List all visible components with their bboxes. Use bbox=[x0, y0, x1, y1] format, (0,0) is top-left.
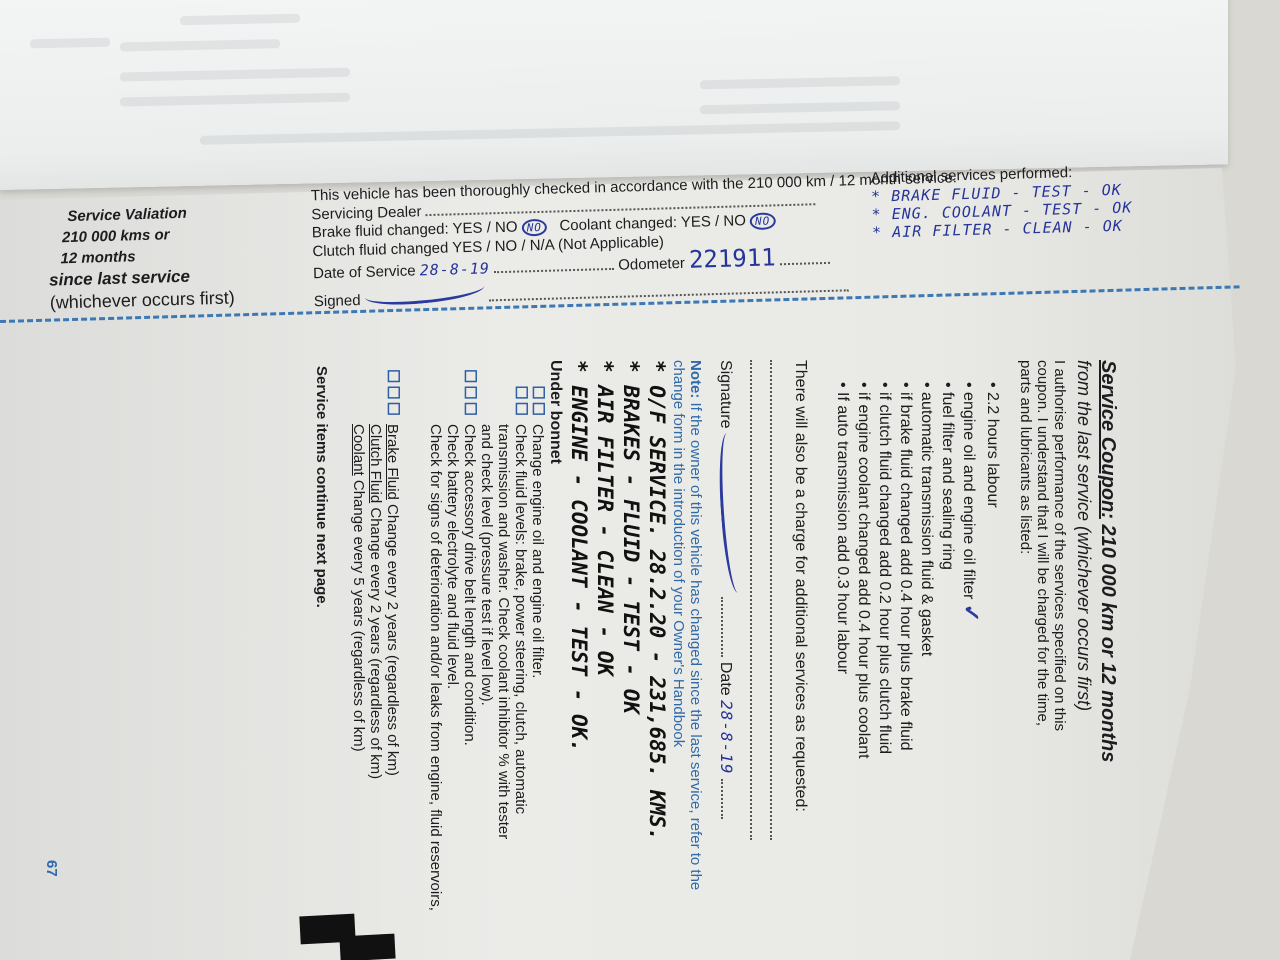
checkbox-icon[interactable]: ☐☐ bbox=[478, 360, 529, 424]
print-mark bbox=[339, 934, 395, 960]
coupon-item: automatic transmission fluid & gasket bbox=[916, 382, 937, 920]
fluid-item[interactable]: ☐☐☐ Brake Fluid Change every 2 years (re… bbox=[384, 360, 401, 920]
date-of-service-value[interactable]: 28-8-19 bbox=[419, 259, 490, 279]
fluid-item: Clutch Fluid Change every 2 years (regar… bbox=[367, 360, 384, 920]
checklist-item[interactable]: ☐☐ Check fluid levels: brake, power stee… bbox=[478, 360, 529, 920]
coupon-item: if brake fluid changed add 0.4 hour plus… bbox=[895, 382, 916, 920]
checkbox-icon[interactable]: ☐☐☐ bbox=[461, 360, 478, 424]
coolant-selected: NO bbox=[750, 212, 776, 230]
checklist-item: Check for signs of deterioration and/or … bbox=[427, 360, 444, 920]
handwritten-note: * O/F SERVICE. 28.2.20 - 231,685. KMS. bbox=[644, 360, 670, 920]
checkmark-icon: ✓ bbox=[959, 604, 984, 622]
brake-fluid-selected: NO bbox=[521, 219, 547, 237]
handwritten-note: * ENGINE - COOLANT - TEST - OK. bbox=[566, 360, 592, 920]
page-number: 67 bbox=[43, 860, 60, 877]
checkbox-icon[interactable]: ☐☐☐ bbox=[384, 360, 401, 424]
validation-heading: Service Valiation 210 000 kms or 12 mont… bbox=[47, 200, 300, 315]
validation-form: This vehicle has been thoroughly checked… bbox=[311, 172, 874, 312]
coupon-item: if engine coolant changed add 0.4 hour p… bbox=[853, 382, 874, 920]
coupon-date-value[interactable]: 28-8-19 bbox=[717, 700, 736, 774]
handwritten-note: * AIR FILTER - CLEAN - OK bbox=[592, 360, 618, 920]
additional-services-line[interactable] bbox=[750, 360, 770, 840]
coupon-items-list: 2.2 hours labour engine oil and engine o… bbox=[832, 382, 1003, 920]
checklist-item[interactable]: ☐☐☐ Check accessory drive belt length an… bbox=[461, 360, 478, 920]
checklist-item: Check battery electrolyte and fluid leve… bbox=[444, 360, 461, 920]
checklist-item[interactable]: ☐☐ Change engine oil and engine oil filt… bbox=[529, 360, 546, 920]
ghost-text bbox=[700, 76, 900, 89]
coupon-item: 2.2 hours labour bbox=[982, 382, 1003, 920]
additional-services-line[interactable] bbox=[770, 360, 790, 840]
odometer-value[interactable]: 221911 bbox=[689, 243, 776, 273]
handwritten-notes: * O/F SERVICE. 28.2.20 - 231,685. KMS. *… bbox=[566, 360, 670, 920]
additional-charge-text: There will also be a charge for addition… bbox=[790, 360, 810, 920]
ghost-text bbox=[120, 68, 350, 82]
coupon-title: Service Coupon: 210 000 km or 12 months bbox=[1096, 360, 1120, 920]
signature-field[interactable] bbox=[715, 432, 749, 593]
continue-note: Service items continue next page. bbox=[313, 360, 330, 920]
service-coupon-section: Service Coupon: 210 000 km or 12 months … bbox=[40, 360, 1120, 920]
coupon-item: fuel filter and sealing ring bbox=[937, 382, 958, 920]
ghost-text bbox=[120, 93, 350, 107]
fluid-item: Coolant Change every 5 years (regardless… bbox=[350, 360, 367, 920]
handwritten-note: * BRAKES - FLUID - TEST - OK bbox=[618, 360, 644, 920]
ghost-text bbox=[700, 101, 900, 114]
ownership-note: Note: If the owner of this vehicle has c… bbox=[670, 360, 704, 920]
coupon-item: if clutch fluid changed add 0.2 hour plu… bbox=[874, 382, 895, 920]
coupon-item: If auto transmission add 0.3 hour labour bbox=[832, 382, 853, 920]
signature-row: Signature Date 28-8-19 bbox=[716, 360, 744, 920]
additional-services: Additional services performed: * BRAKE F… bbox=[870, 156, 1232, 242]
ghost-text bbox=[30, 38, 110, 49]
authorisation-text: I authorise performance of the services … bbox=[1017, 360, 1068, 760]
under-bonnet-heading: Under bonnet bbox=[546, 360, 564, 920]
ghost-text bbox=[120, 39, 280, 51]
ghost-text bbox=[180, 14, 300, 26]
checkbox-icon[interactable]: ☐☐ bbox=[529, 360, 546, 424]
coupon-item: engine oil and engine oil filter ✓ bbox=[958, 382, 982, 920]
ghost-text bbox=[200, 121, 900, 145]
